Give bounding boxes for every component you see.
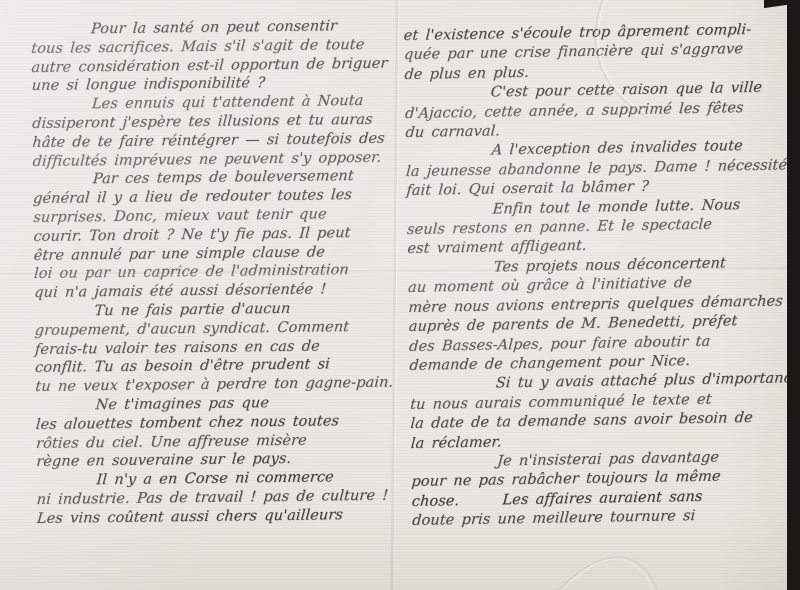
letter-page-right: et l'existence s'écoule trop âprement co… bbox=[403, 20, 794, 531]
letter-page-left: Pour la santé on peut consentirtous les … bbox=[30, 17, 402, 529]
handwriting-line: Les vins coûtent aussi chers qu'ailleurs bbox=[36, 505, 403, 528]
scan-edge-background bbox=[787, 0, 800, 590]
scanned-letter: Pour la santé on peut consentirtous les … bbox=[0, 0, 800, 590]
